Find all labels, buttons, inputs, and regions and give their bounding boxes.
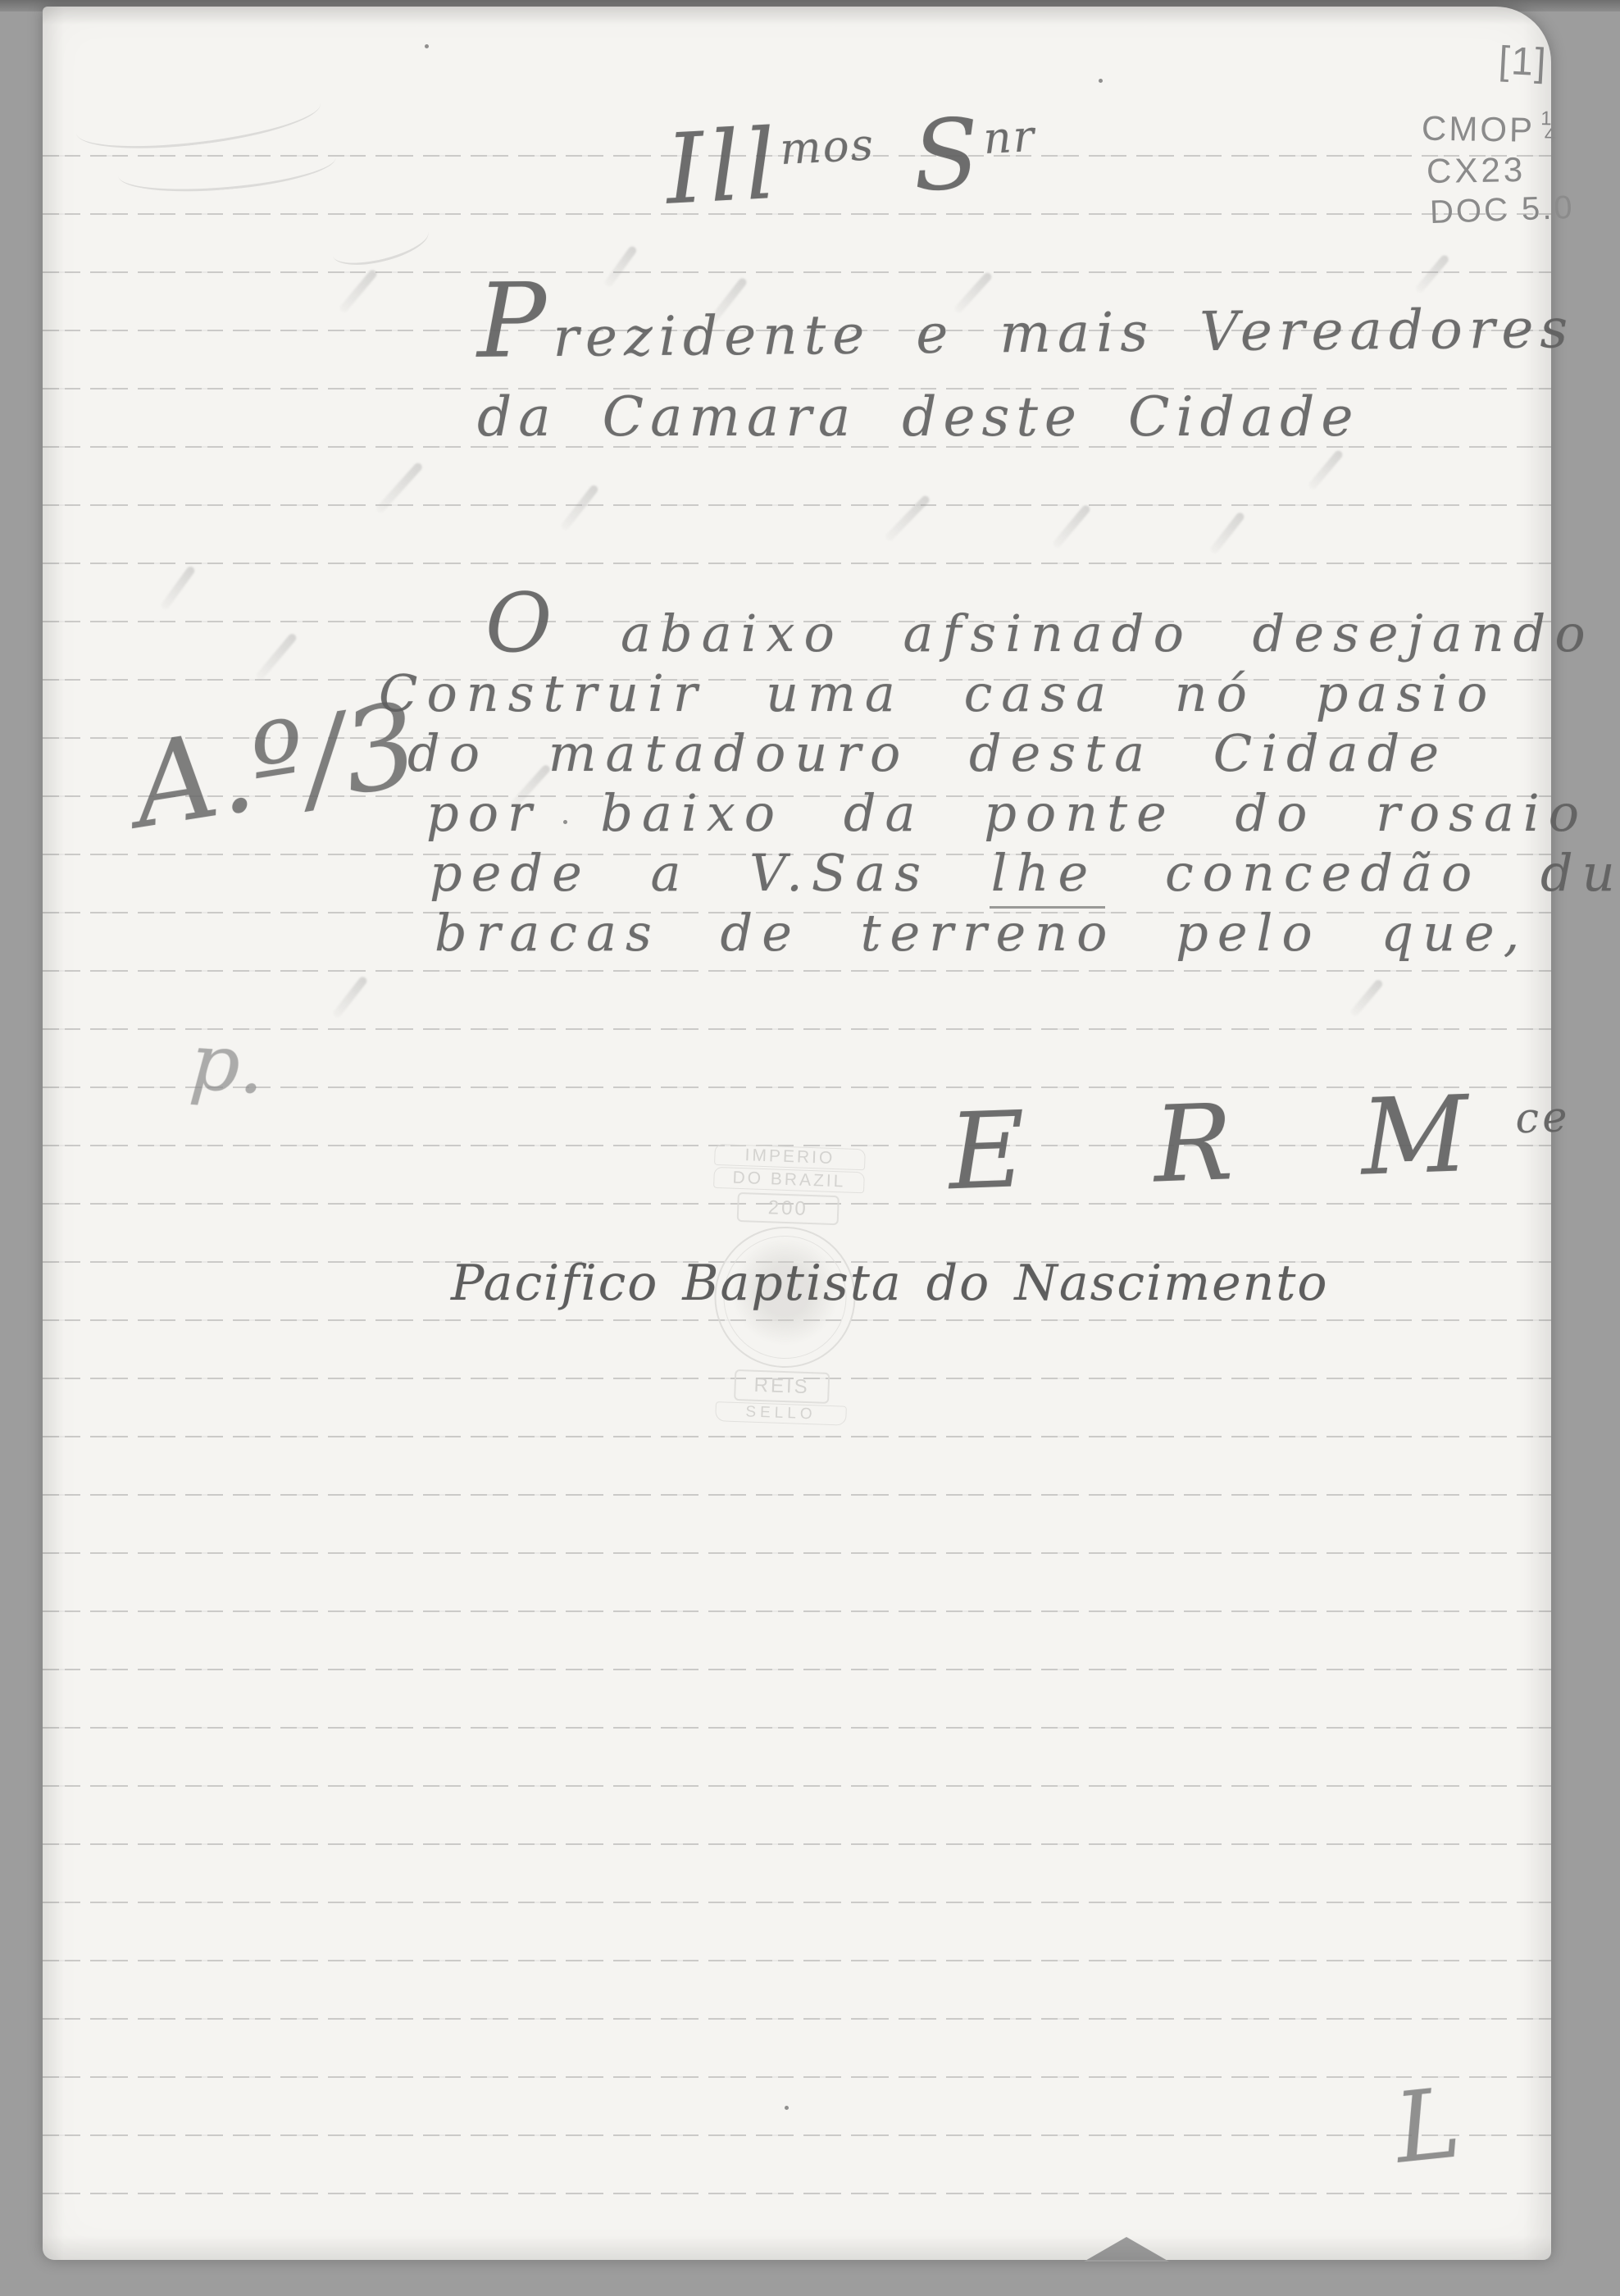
salutation-word: Ill [663,107,784,226]
dust-speck [785,2106,789,2110]
paper-sheet: [1] CMOP14 CX23 DOC 5.0 IllmosSnr Prezid… [43,7,1551,2260]
archive-doc-mark: DOC 5.0 [1429,189,1575,231]
fraction-denominator: 4 [1545,127,1559,143]
salutation-superscript: mos [779,119,876,175]
archive-box-mark: CX23 [1427,150,1527,191]
body-line: pede a V.Sas lhe concedão duas [371,843,1620,903]
body-line: do matadouro desta Cidade [371,723,1620,783]
collection-fraction: 14 [1536,111,1559,143]
scanned-document: [1] CMOP14 CX23 DOC 5.0 IllmosSnr Prezid… [0,0,1620,2296]
torn-edge-notch [1084,2237,1169,2262]
margin-flourish: p. [187,1017,267,1112]
stamp-country-label: IMPERIO DO BRAZIL [702,1143,877,1193]
body-line: O abaixo afsinado desejando [371,604,1620,663]
bottom-flourish-mark: L [1390,2066,1465,2184]
stamp-text: IMPERIO [714,1144,866,1170]
dust-speck [425,44,429,48]
salutation-superscript: nr [982,111,1037,164]
closing-letters: E R M [947,1072,1518,1214]
addressee-line: da Camara deste Cidade [477,385,1360,449]
body-line: Construir uma casa nó pasio [371,663,1620,723]
stamp-text: DO BRAZIL [713,1167,865,1193]
signature: Pacifico Baptista do Nascimento [451,1255,1329,1312]
body-line: por baixo da ponte do rosaio [371,783,1620,843]
dust-speck [1099,79,1103,83]
addressee-line: Prezidente e mais Vereadores [477,297,1575,370]
closing-superscript: ce [1514,1092,1571,1143]
stamp-unit: REIS [734,1369,830,1404]
page-number-mark: [1] [1498,38,1549,85]
petition-body: O abaixo afsinado desejando Construir um… [371,604,1620,963]
collection-code: CMOP [1422,109,1536,149]
salutation: IllmosSnr [663,93,1040,225]
body-line: bracas de terreno pelo que, [371,903,1620,963]
stamp-value: 200 [737,1192,840,1225]
archive-collection-mark: CMOP14 [1422,109,1559,151]
underlined-word: lhe [990,843,1105,909]
body-line-segment: concedão duas [1165,843,1620,903]
salutation-word: S [910,97,987,213]
closing-formula: E R Mce [947,1070,1573,1214]
body-line-segment: pede a V.Sas [430,843,930,903]
